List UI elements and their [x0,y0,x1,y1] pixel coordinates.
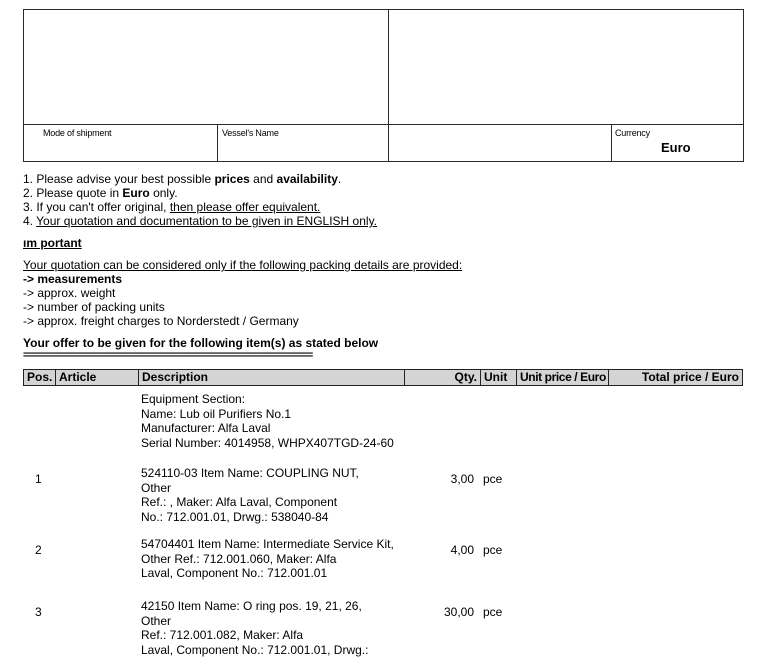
currency-value: Euro [661,140,691,155]
instruction-number: 1. [23,172,36,186]
vessel-name-label: Vessel's Name [222,128,279,138]
instruction-text: Please advise your best possible [36,172,214,186]
row-quantity: 3,00 [451,472,474,486]
row-description: 524110-03 Item Name: COUPLING NUT, Other… [141,466,359,524]
instruction-text: and [250,172,277,186]
instruction-text: prices [214,172,249,186]
column-header-unit: Unit [480,370,516,385]
row-unit: pce [483,472,502,486]
row-position: 2 [35,543,42,557]
row-quantity: 4,00 [451,543,474,557]
items-table-header: Pos. Article Description Qty. Unit Unit … [23,369,743,386]
instruction-item: 4. Your quotation and documentation to b… [23,214,377,228]
column-header-total-price: Total price / Euro [608,370,742,385]
row-description: 42150 Item Name: O ring pos. 19, 21, 26,… [141,599,368,657]
packing-requirement: -> measurements [23,272,122,286]
row-unit: pce [483,543,502,557]
box-border-bottom [23,161,744,162]
column-header-description: Description [138,370,404,385]
box-border-right [743,9,744,162]
currency-label: Currency [615,128,650,138]
instruction-text: . [338,172,341,186]
instruction-text: Euro [122,186,149,200]
instruction-number: 2. [23,186,36,200]
packing-requirement: -> approx. freight charges to Nordersted… [23,314,299,328]
mode-of-shipment-label: Mode of shipment [43,128,111,138]
column-header-unit-price: Unit price / Euro [516,370,608,385]
address-area-right [389,10,743,124]
row-unit: pce [483,605,502,619]
column-header-article: Article [55,370,138,385]
instruction-text: If you can't offer original, [36,200,169,214]
offer-heading-rule: ========================================… [23,352,371,360]
instruction-text: only. [150,186,178,200]
packing-requirement: -> approx. weight [23,286,115,300]
column-header-pos: Pos. [24,370,55,385]
packing-details-intro: Your quotation can be considered only if… [23,258,462,272]
address-area-left [24,10,388,124]
important-heading: ım portant [23,236,82,250]
row-quantity: 30,00 [444,605,474,619]
instruction-text: Please quote in [36,186,122,200]
instruction-item: 1. Please advise your best possible pric… [23,172,341,186]
box-divider-currency [611,124,612,162]
row-position: 1 [35,472,42,486]
box-border-middle [23,124,744,125]
instruction-text: availability [277,172,338,186]
row-position: 3 [35,605,42,619]
instruction-text: Your quotation and documentation to be g… [36,214,377,228]
instruction-item: 3. If you can't offer original, then ple… [23,200,320,214]
row-description: 54704401 Item Name: Intermediate Service… [141,537,394,581]
packing-requirement: -> number of packing units [23,300,165,314]
offer-heading: Your offer to be given for the following… [23,336,378,350]
instruction-item: 2. Please quote in Euro only. [23,186,178,200]
equipment-section-info: Equipment Section: Name: Lub oil Purifie… [141,392,394,450]
box-divider-vessel [217,124,218,162]
instruction-text: then please offer equivalent. [170,200,321,214]
instruction-number: 3. [23,200,36,214]
instruction-number: 4. [23,214,36,228]
column-header-qty: Qty. [404,370,480,385]
